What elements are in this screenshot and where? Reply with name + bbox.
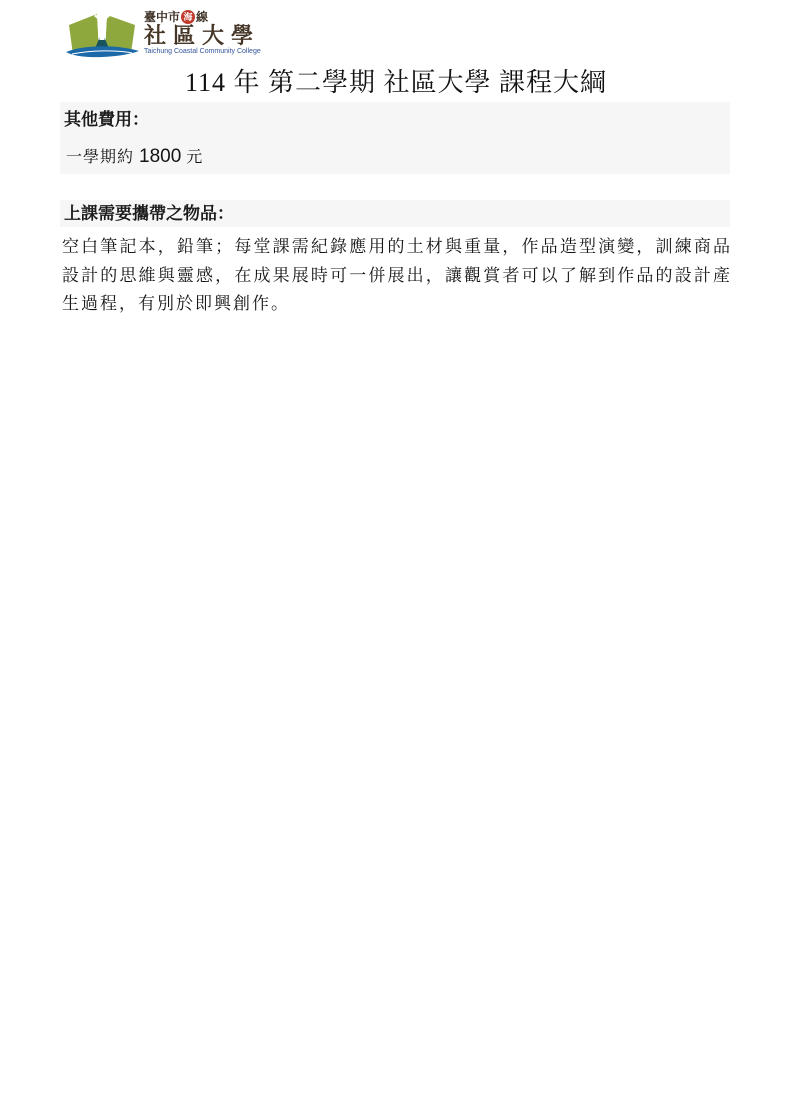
fee-suffix: 元: [181, 149, 203, 166]
section-other-fees: 其他費用： 一學期約 1800 元: [60, 102, 730, 174]
bring-items-body: 空白筆記本，鉛筆；每堂課需紀錄應用的土材與重量，作品造型演變，訓練商品設計的思維…: [62, 233, 732, 319]
logo-region-line: 臺中市 海 線: [144, 10, 261, 24]
page-title: 114 年 第二學期 社區大學 課程大綱: [62, 64, 730, 99]
logo-seal-char: 海: [184, 10, 193, 24]
other-fees-heading: 其他費用：: [64, 109, 726, 130]
fee-prefix: 一學期約: [66, 149, 139, 166]
logo-english-name: Taichung Coastal Community College: [144, 48, 261, 56]
logo-seal-icon: 海: [181, 10, 195, 24]
logo-text-block: 臺中市 海 線 社區大學 Taichung Coastal Community …: [144, 10, 261, 56]
logo-region-prefix: 臺中市: [144, 10, 180, 24]
school-logo: 臺中市 海 線 社區大學 Taichung Coastal Community …: [62, 10, 261, 60]
fee-line: 一學期約 1800 元: [66, 147, 726, 168]
section-bring-items: 上課需要攜帶之物品：: [60, 200, 730, 227]
bring-items-heading: 上課需要攜帶之物品：: [64, 203, 726, 224]
logo-school-name: 社區大學: [144, 24, 261, 48]
logo-book-figure-icon: [62, 10, 142, 60]
document-page: 臺中市 海 線 社區大學 Taichung Coastal Community …: [0, 0, 794, 1111]
logo-region-suffix: 線: [196, 10, 208, 24]
fee-value: 1800: [139, 146, 181, 167]
